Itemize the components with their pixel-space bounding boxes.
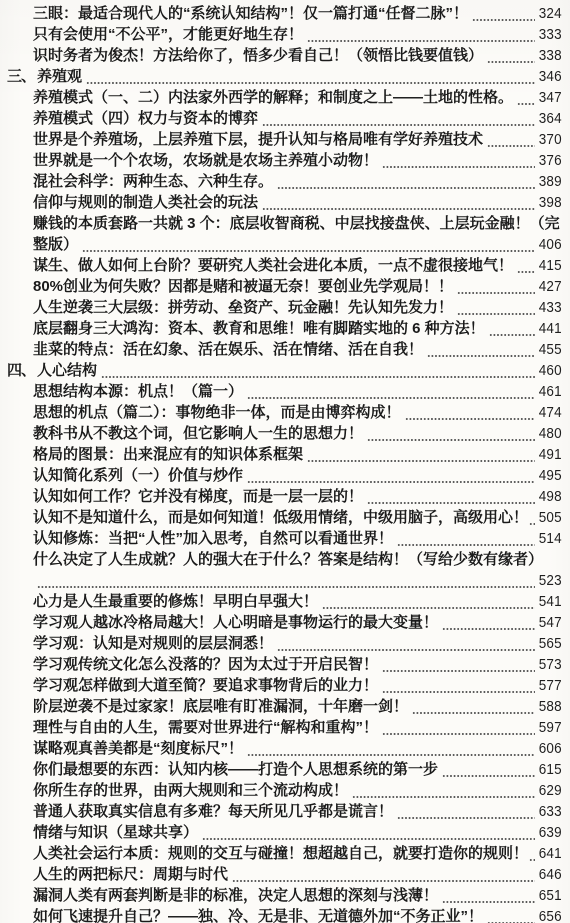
toc-entry: 普通人获取真实信息有多难？每天所见几乎都是谎言！ 633 — [6, 801, 562, 822]
toc-entry: 养殖模式（四）权力与资本的博弈 364 — [6, 108, 562, 129]
entry-title: 认知如何工作？它并没有梯度，而是一层一层的！ — [33, 487, 363, 507]
page-number: 346 — [539, 67, 562, 87]
entry-title: 底层翻身三大鸿沟：资本、教育和思维！唯有脚踏实地的 6 种方法！ — [33, 319, 485, 339]
dot-leader — [382, 731, 535, 735]
dot-leader — [367, 437, 535, 441]
toc-entry: 心力是人生最重要的修炼！早明白早强大！ 541 — [6, 591, 562, 612]
dot-leader — [489, 332, 536, 336]
page-number: 347 — [539, 88, 562, 108]
dot-leader — [442, 626, 535, 630]
page-number: 629 — [539, 781, 562, 801]
page-number: 370 — [539, 130, 562, 150]
toc-entry: 学习观：认知是对规则的层层洞悉！ 565 — [6, 633, 562, 654]
entry-title: 混社会科学：两种生态、六种生存。 — [33, 172, 273, 192]
page-number: 474 — [539, 403, 562, 423]
entry-title: 学习观：认知是对规则的层层洞悉！ — [33, 634, 273, 654]
toc-entry: 格局的图景：出来混应有的知识体系框架 491 — [6, 444, 562, 465]
entry-title: 你们最想要的东西：认知内核——打造个人思想系统的第一步 — [33, 760, 438, 780]
entry-title: 漏洞人类有两套判断是非的标准，决定人思想的深刻与浅薄！ — [33, 886, 438, 906]
page-number: 505 — [539, 508, 562, 528]
toc-entry: 三眼：最适合现代人的“系统认知结构”！仅一篇打通“任督二脉”！ 324 — [6, 3, 562, 24]
dot-leader — [382, 668, 535, 672]
entry-title: 只有会使用“不公平”，才能更好地生存！ — [33, 25, 303, 45]
entry-title: 人生逆袭三大层级：拼劳动、垒资产、玩金融！先认知先发力！ — [33, 298, 453, 318]
toc-entry: 韭菜的特点：活在幻象、活在娱乐、活在情绪、活在自我！ 455 — [6, 339, 562, 360]
page-number: 495 — [539, 466, 562, 486]
entry-title: 养殖模式（四）权力与资本的博弈 — [33, 109, 258, 129]
dot-leader — [529, 521, 535, 525]
toc-entry: 认知不是知道什么，而是如何知道！低级用情绪，中级用脑子，高级用心！ 505 — [6, 507, 562, 528]
dot-leader — [232, 878, 535, 882]
entry-title: 韭菜的特点：活在幻象、活在娱乐、活在情绪、活在自我！ — [33, 340, 423, 360]
toc-entry: 阶层逆袭不是过家家！底层唯有盯准漏洞，十年磨一剑！ 588 — [6, 696, 562, 717]
page-number: 573 — [539, 655, 562, 675]
dot-leader — [322, 605, 535, 609]
page-number: 547 — [539, 613, 562, 633]
page-number: 455 — [539, 340, 562, 360]
dot-leader — [529, 857, 535, 861]
toc-entry: 教科书从不教这个词，但它影响人一生的思想力！ 480 — [6, 423, 562, 444]
page-number: 541 — [539, 592, 562, 612]
dot-leader — [307, 458, 535, 462]
toc-entry: 混社会科学：两种生态、六种生存。 389 — [6, 171, 562, 192]
page-number: 606 — [539, 739, 562, 759]
entry-title: 什么决定了人生成就？人的强大在于什么？答案是结构！（写给少数有缘者） — [33, 550, 543, 570]
toc-page: 三眼：最适合现代人的“系统认知结构”！仅一篇打通“任督二脉”！ 324 只有会使… — [0, 0, 570, 923]
dot-leader — [262, 206, 535, 210]
entry-title: 谋生、做人如何上台阶？要研究人类社会进化本质，一点不虚很接地气！ — [33, 256, 513, 276]
entry-title: 人心结构 — [37, 361, 97, 381]
dot-leader — [427, 353, 535, 357]
toc-entry: 如何飞速提升自己？——独、冷、无是非、无道德外加“不务正业”！ 656 — [6, 906, 562, 923]
dot-leader — [472, 17, 535, 21]
toc-entry: 整版） 406 — [6, 234, 562, 255]
entry-title: 思想的机点（篇二）：事物绝非一体，而是由博弈构成！ — [33, 403, 401, 423]
dot-leader — [412, 710, 535, 714]
entry-title: 认知修炼：当把“人性”加入思考，自然可以看通世界！ — [33, 529, 393, 549]
toc-entry: 学习观怎样做到大道至简？要追求事物背后的业力！ 577 — [6, 675, 562, 696]
toc-entry: 世界是个养殖场，上层养殖下层，提升认知与格局唯有学好养殖技术 370 — [6, 129, 562, 150]
dot-leader — [262, 122, 535, 126]
page-number: 338 — [539, 46, 562, 66]
entry-title: 阶层逆袭不是过家家！底层唯有盯准漏洞，十年磨一剑！ — [33, 697, 408, 717]
dot-leader — [442, 773, 535, 777]
page-number: 639 — [539, 823, 562, 843]
dot-leader — [86, 80, 535, 84]
page-number: 646 — [539, 865, 562, 885]
toc-entry: 谋略观真善美都是“刻度标尺”！ 606 — [6, 738, 562, 759]
dot-leader — [352, 794, 535, 798]
toc-entry: 学习观传统文化怎么没落的？因为太过于开启民智！ 573 — [6, 654, 562, 675]
entry-title: 你所生存的世界，由两大规则和三个流动构成！ — [33, 781, 348, 801]
entry-title: 学习观人越冰冷格局越大！人心明暗是事物运行的最大变量！ — [33, 613, 438, 633]
dot-leader — [202, 836, 535, 840]
toc-list: 三眼：最适合现代人的“系统认知结构”！仅一篇打通“任督二脉”！ 324 只有会使… — [6, 3, 562, 923]
entry-title: 谋略观真善美都是“刻度标尺”！ — [33, 739, 243, 759]
dot-leader — [382, 689, 535, 693]
entry-title: 养殖模式（一、二）内法家外西学的解释；和制度之上——土地的性格。 — [33, 88, 513, 108]
entry-title: 80%创业为何失败？因都是赌和被逼无奈！要创业先学观局！！ — [33, 277, 453, 297]
toc-entry: 理性与自由的人生，需要对世界进行“解构和重构”！ 597 — [6, 717, 562, 738]
entry-title: 认知不是知道什么，而是如何知道！低级用情绪，中级用脑子，高级用心！ — [33, 508, 525, 528]
dot-leader — [101, 374, 535, 378]
toc-entry: 人类社会运行本质：规则的交互与碰撞！想超越自己，就要打造你的规则！ 641 — [6, 843, 562, 864]
page-number: 523 — [539, 571, 562, 591]
entry-title: 赚钱的本质套路一共就 3 个：底层收智商税、中层找接盘侠、上层玩金融！（完 — [33, 214, 560, 234]
toc-entry: 底层翻身三大鸿沟：资本、教育和思维！唯有脚踏实地的 6 种方法！ 441 — [6, 318, 562, 339]
entry-title: 信仰与规则的制造人类社会的玩法 — [33, 193, 258, 213]
dot-leader — [487, 59, 535, 63]
dot-leader — [37, 584, 535, 588]
entry-title: 学习观传统文化怎么没落的？因为太过于开启民智！ — [33, 655, 378, 675]
dot-leader — [397, 815, 535, 819]
toc-entry: 三、 养殖观 346 — [6, 66, 562, 87]
page-number: 633 — [539, 802, 562, 822]
page-number: 588 — [539, 697, 562, 717]
entry-title: 世界就是一个个农场，农场就是农场主养殖小动物！ — [33, 151, 378, 171]
toc-entry: 思想的机点（篇二）：事物绝非一体，而是由博弈构成！ 474 — [6, 402, 562, 423]
toc-entry: 识时务者为俊杰！方法给你了，悟多少看自己！（领悟比钱要值钱） 338 — [6, 45, 562, 66]
page-number: 398 — [539, 193, 562, 213]
entry-title: 格局的图景：出来混应有的知识体系框架 — [33, 445, 303, 465]
toc-entry: 你所生存的世界，由两大规则和三个流动构成！ 629 — [6, 780, 562, 801]
dot-leader — [247, 395, 535, 399]
toc-entry: 认知如何工作？它并没有梯度，而是一层一层的！ 498 — [6, 486, 562, 507]
page-number: 427 — [539, 277, 562, 297]
entry-title: 如何飞速提升自己？——独、冷、无是非、无道德外加“不务正业”！ — [33, 907, 483, 923]
toc-entry: 人生逆袭三大层级：拼劳动、垒资产、玩金融！先认知先发力！ 433 — [6, 297, 562, 318]
page-number: 333 — [539, 25, 562, 45]
entry-title: 识时务者为俊杰！方法给你了，悟多少看自己！（领悟比钱要值钱） — [33, 46, 483, 66]
dot-leader — [487, 143, 535, 147]
page-number: 615 — [539, 760, 562, 780]
dot-leader — [457, 311, 535, 315]
entry-title: 养殖观 — [37, 67, 82, 87]
dot-leader — [457, 290, 535, 294]
dot-leader — [247, 752, 535, 756]
dot-leader — [397, 542, 535, 546]
entry-title: 教科书从不教这个词，但它影响人一生的思想力！ — [33, 424, 363, 444]
page-number: 491 — [539, 445, 562, 465]
entry-title: 人类社会运行本质：规则的交互与碰撞！想超越自己，就要打造你的规则！ — [33, 844, 525, 864]
section-number: 三、 — [7, 67, 35, 87]
page-number: 406 — [539, 235, 562, 255]
entry-title: 理性与自由的人生，需要对世界进行“解构和重构”！ — [33, 718, 378, 738]
toc-entry: 什么决定了人生成就？人的强大在于什么？答案是结构！（写给少数有缘者） — [6, 549, 562, 570]
page-number: 433 — [539, 298, 562, 318]
dot-leader — [405, 416, 536, 420]
toc-entry: 学习观人越冰冷格局越大！人心明暗是事物运行的最大变量！ 547 — [6, 612, 562, 633]
page-number: 441 — [539, 319, 562, 339]
page-number: 364 — [539, 109, 562, 129]
toc-entry: 世界就是一个个农场，农场就是农场主养殖小动物！ 376 — [6, 150, 562, 171]
section-number: 四、 — [7, 361, 35, 381]
toc-entry: 你们最想要的东西：认知内核——打造个人思想系统的第一步 615 — [6, 759, 562, 780]
dot-leader — [382, 164, 535, 168]
entry-title: 学习观怎样做到大道至简？要追求事物背后的业力！ — [33, 676, 378, 696]
page-number: 656 — [539, 907, 562, 923]
dot-leader — [277, 647, 535, 651]
toc-entry: 人生的两把标尺：周期与时代 646 — [6, 864, 562, 885]
entry-title: 普通人获取真实信息有多难？每天所见几乎都是谎言！ — [33, 802, 393, 822]
page-number: 641 — [539, 844, 562, 864]
dot-leader — [367, 500, 535, 504]
dot-leader — [517, 101, 535, 105]
dot-leader — [442, 899, 535, 903]
toc-entry: 谋生、做人如何上台阶？要研究人类社会进化本质，一点不虚很接地气！ 415 — [6, 255, 562, 276]
page-number: 498 — [539, 487, 562, 507]
toc-entry: 养殖模式（一、二）内法家外西学的解释；和制度之上——土地的性格。 347 — [6, 87, 562, 108]
page-number: 480 — [539, 424, 562, 444]
entry-title: 三眼：最适合现代人的“系统认知结构”！仅一篇打通“任督二脉”！ — [33, 4, 468, 24]
page-number: 651 — [539, 886, 562, 906]
toc-entry: 523 — [6, 570, 562, 591]
page-number: 514 — [539, 529, 562, 549]
entry-title: 世界是个养殖场，上层养殖下层，提升认知与格局唯有学好养殖技术 — [33, 130, 483, 150]
page-number: 460 — [539, 361, 562, 381]
toc-entry: 认知简化系列（一）价值与炒作 495 — [6, 465, 562, 486]
toc-entry: 四、 人心结构 460 — [6, 360, 562, 381]
page-number: 415 — [539, 256, 562, 276]
page-number: 324 — [539, 4, 562, 24]
entry-title: 情绪与知识（星球共享） — [33, 823, 198, 843]
toc-entry: 情绪与知识（星球共享） 639 — [6, 822, 562, 843]
toc-entry: 80%创业为何失败？因都是赌和被逼无奈！要创业先学观局！！ 427 — [6, 276, 562, 297]
toc-entry: 赚钱的本质套路一共就 3 个：底层收智商税、中层找接盘侠、上层玩金融！（完 — [6, 213, 562, 234]
page-number: 597 — [539, 718, 562, 738]
page-number: 577 — [539, 676, 562, 696]
entry-title: 人生的两把标尺：周期与时代 — [33, 865, 228, 885]
dot-leader — [277, 185, 535, 189]
entry-title: 认知简化系列（一）价值与炒作 — [33, 466, 243, 486]
dot-leader — [517, 269, 535, 273]
entry-title: 心力是人生最重要的修炼！早明白早强大！ — [33, 592, 318, 612]
entry-title: 思想结构本源：机点！（篇一） — [33, 382, 243, 402]
toc-entry: 思想结构本源：机点！（篇一） 461 — [6, 381, 562, 402]
dot-leader — [247, 479, 535, 483]
toc-entry: 信仰与规则的制造人类社会的玩法 398 — [6, 192, 562, 213]
page-number: 376 — [539, 151, 562, 171]
toc-entry: 只有会使用“不公平”，才能更好地生存！ 333 — [6, 24, 562, 45]
page-number: 389 — [539, 172, 562, 192]
toc-entry: 漏洞人类有两套判断是非的标准，决定人思想的深刻与浅薄！ 651 — [6, 885, 562, 906]
page-number: 565 — [539, 634, 562, 654]
dot-leader — [307, 38, 535, 42]
toc-entry: 认知修炼：当把“人性”加入思考，自然可以看通世界！ 514 — [6, 528, 562, 549]
entry-title: 整版） — [33, 235, 78, 255]
dot-leader — [82, 248, 535, 252]
page-number: 461 — [539, 382, 562, 402]
